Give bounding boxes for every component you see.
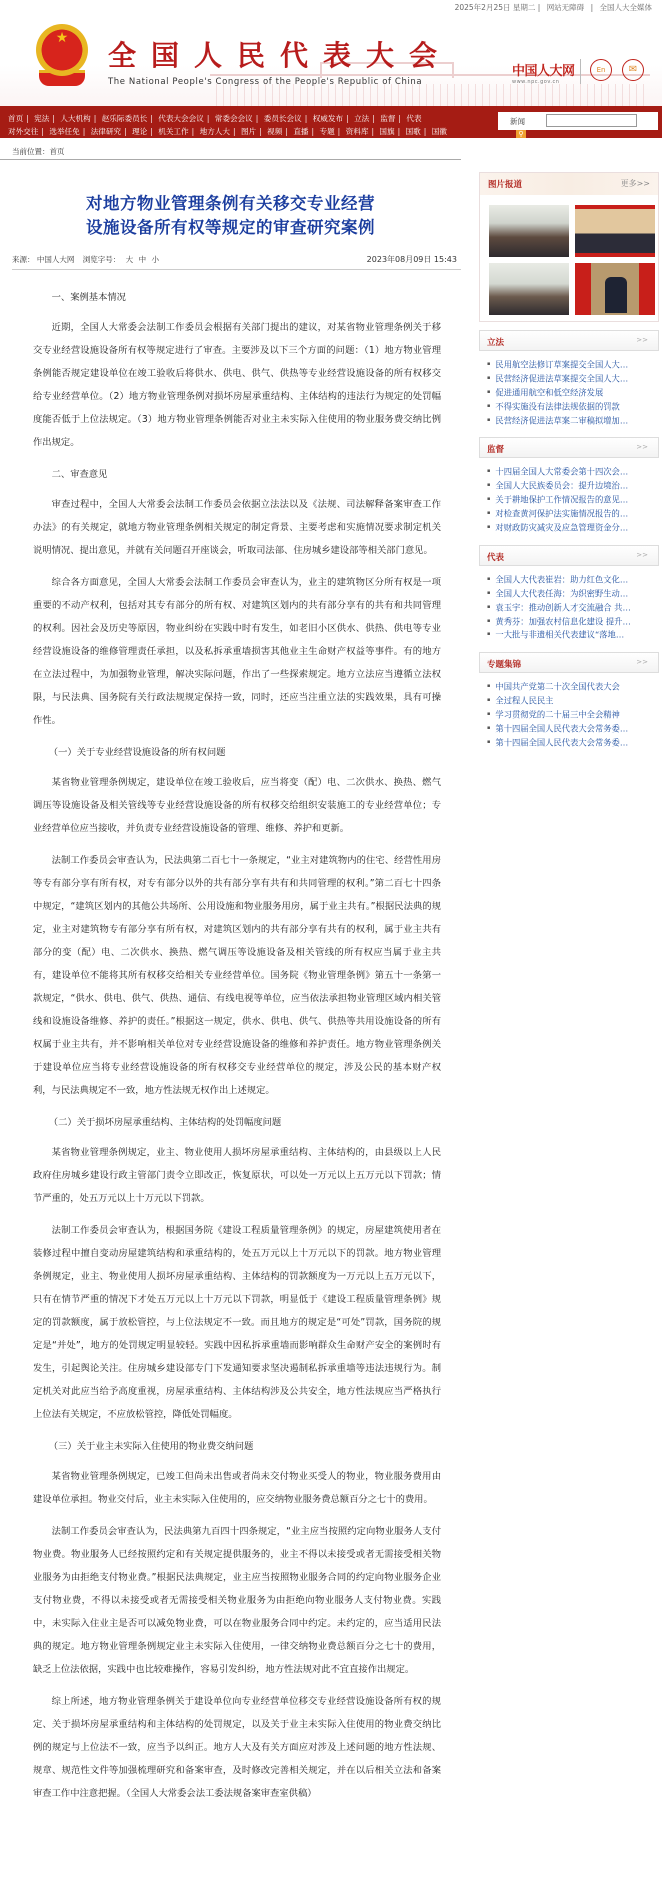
list-item[interactable]: 民营经济促进法草案提交全国人大… bbox=[487, 372, 659, 386]
list-item[interactable]: 全国人大代表任海：为织密野生动… bbox=[487, 587, 659, 601]
nav-item-local-congress[interactable]: 地方人大 bbox=[200, 127, 230, 136]
paragraph: 某省物业管理条例规定，业主、物业使用人损坏房屋承重结构、主体结构的，由县级以上人… bbox=[33, 1141, 441, 1210]
photo-thumbnail[interactable] bbox=[575, 263, 655, 315]
mail-icon[interactable]: ✉ bbox=[622, 59, 644, 81]
more-chevron-icon[interactable]: >> bbox=[636, 551, 648, 559]
nav-item-live[interactable]: 直播 bbox=[293, 127, 308, 136]
paragraph: 综上所述，地方物业管理条例关于建设单位向专业经营单位移交专业经营设施设备所有权的… bbox=[33, 1690, 441, 1805]
list-item[interactable]: 第十四届全国人民代表大会常务委… bbox=[487, 722, 659, 736]
paragraph: 某省物业管理条例规定，建设单位在竣工验收后，应当将变（配）电、二次供水、换热、燃… bbox=[33, 771, 441, 840]
section-header: 专题集锦 >> bbox=[479, 652, 659, 673]
separator: | bbox=[591, 3, 594, 12]
source-label: 来源： bbox=[12, 255, 35, 264]
divider bbox=[580, 59, 581, 84]
section-heading: 二、审查意见 bbox=[33, 463, 441, 486]
nav-item-database[interactable]: 资料库 bbox=[346, 127, 369, 136]
nav-item-video[interactable]: 视频 bbox=[267, 127, 282, 136]
nav-item-anthem[interactable]: 国歌 bbox=[406, 127, 421, 136]
accessibility-link[interactable]: 网站无障碍 bbox=[547, 3, 585, 12]
nav-item-flag[interactable]: 国旗 bbox=[379, 127, 394, 136]
section-title[interactable]: 专题集锦 bbox=[487, 658, 521, 670]
article-title-line-1: 对地方物业管理条例有关移交专业经营 bbox=[0, 192, 461, 216]
paragraph: 法制工作委员会审查认为，民法典第二百七十一条规定，“业主对建筑物内的住宅、经营性… bbox=[33, 849, 441, 1102]
nav-item-chairman[interactable]: 赵乐际委员长 bbox=[102, 114, 148, 123]
top-utility-bar: 2025年2月25日 星期二 | 网站无障碍 | 全国人大全媒体 bbox=[0, 0, 662, 16]
nav-item-institutions[interactable]: 人大机构 bbox=[60, 114, 90, 123]
section-header: 监督 >> bbox=[479, 437, 659, 458]
list-item[interactable]: 第十四届全国人民代表大会常务委… bbox=[487, 736, 659, 750]
subsection-heading: （一）关于专业经营设施设备的所有权问题 bbox=[33, 741, 441, 764]
font-size-label: 浏览字号： bbox=[83, 255, 121, 264]
search-input[interactable] bbox=[546, 114, 637, 127]
font-small-button[interactable]: 小 bbox=[151, 255, 159, 264]
paragraph: 综合各方面意见，全国人大常委会法制工作委员会审查认为，业主的建筑物区分所有权是一… bbox=[33, 571, 441, 732]
list-item[interactable]: 学习贯彻党的二十届三中全会精神 bbox=[487, 708, 659, 722]
article-title: 对地方物业管理条例有关移交专业经营 设施设备所有权等规定的审查研究案例 bbox=[0, 192, 461, 240]
nav-item-standing-committee[interactable]: 常委会会议 bbox=[215, 114, 253, 123]
sidebar-section-deputies: 代表 >> 全国人大代表崔岩：助力红色文化… 全国人大代表任海：为织密野生动… … bbox=[479, 545, 659, 644]
section-title[interactable]: 监督 bbox=[487, 443, 504, 455]
national-emblem-icon bbox=[34, 24, 90, 94]
nav-item-legislation[interactable]: 立法 bbox=[354, 114, 369, 123]
nav-item-constitution[interactable]: 宪法 bbox=[34, 114, 49, 123]
npc-logo[interactable]: 中国人大网 www.npc.gov.cn bbox=[512, 60, 575, 85]
article-meta: 来源： 中国人大网 浏览字号： 大 中 小 2023年08月09日 15:43 bbox=[12, 254, 461, 270]
list-item[interactable]: 一大批与非遗相关代表建议“落地… bbox=[487, 628, 659, 642]
font-medium-button[interactable]: 中 bbox=[139, 255, 147, 264]
current-date: 2025年2月25日 星期二 | bbox=[455, 3, 541, 12]
nav-item-deputies[interactable]: 代表 bbox=[406, 114, 421, 123]
main-nav: 首页| 宪法| 人大机构| 赵乐际委员长| 代表大会会议| 常委会会议| 委员长… bbox=[0, 106, 662, 138]
list-item[interactable]: 不得实施没有法律法规依据的罚款 bbox=[487, 400, 659, 414]
breadcrumb-label: 当前位置： bbox=[12, 147, 50, 156]
site-subtitle: The National People's Congress of the Pe… bbox=[108, 77, 422, 87]
article-main: 对地方物业管理条例有关移交专业经营 设施设备所有权等规定的审查研究案例 来源： … bbox=[0, 170, 461, 1814]
subsection-heading: （三）关于业主未实际入住使用的物业费交纳问题 bbox=[33, 1435, 441, 1458]
section-title[interactable]: 立法 bbox=[487, 336, 504, 348]
list-item[interactable]: 全过程人民民主 bbox=[487, 694, 659, 708]
nav-item-foreign-affairs[interactable]: 对外交往 bbox=[8, 127, 38, 136]
sidebar-section-supervision: 监督 >> 十四届全国人大常委会第十四次会… 全国人大民族委员会：提升边境治… … bbox=[479, 437, 659, 536]
list-item[interactable]: 袁玉宇：推动创新人才交流融合 共… bbox=[487, 601, 659, 615]
nav-item-theory[interactable]: 理论 bbox=[132, 127, 147, 136]
photo-grid bbox=[480, 195, 658, 315]
article-body: 一、案例基本情况 近期，全国人大常委会法制工作委员会根据有关部门提出的建议，对某… bbox=[0, 270, 461, 1805]
photo-thumbnail[interactable] bbox=[575, 205, 655, 257]
search-box: 新闻 bbox=[498, 112, 658, 130]
section-header: 代表 >> bbox=[479, 545, 659, 566]
nav-item-agency-work[interactable]: 机关工作 bbox=[158, 127, 188, 136]
photo-report-box: 图片报道 更多>> bbox=[479, 172, 659, 322]
nav-item-home[interactable]: 首页 bbox=[8, 114, 23, 123]
paragraph: 近期，全国人大常委会法制工作委员会根据有关部门提出的建议，对某省物业管理条例关于… bbox=[33, 316, 441, 454]
list-item[interactable]: 促进通用航空和低空经济发展 bbox=[487, 386, 659, 400]
subsection-heading: （二）关于损坏房屋承重结构、主体结构的处罚幅度问题 bbox=[33, 1111, 441, 1134]
site-header: 全国人民代表大会 The National People's Congress … bbox=[0, 16, 662, 106]
list-item[interactable]: 民营经济促进法草案二审稿拟增加… bbox=[487, 414, 659, 428]
list-item[interactable]: 全国人大代表崔岩：助力红色文化… bbox=[487, 573, 659, 587]
publish-datetime: 2023年08月09日 15:43 bbox=[367, 254, 457, 265]
nav-item-congress-sessions[interactable]: 代表大会会议 bbox=[158, 114, 204, 123]
sidebar-section-topics: 专题集锦 >> 中国共产党第二十次全国代表大会 全过程人民民主 学习贯彻党的二十… bbox=[479, 652, 659, 751]
paragraph: 某省物业管理条例规定，已竣工但尚未出售或者尚未交付物业买受人的物业，物业服务费用… bbox=[33, 1465, 441, 1511]
all-media-link[interactable]: 全国人大全媒体 bbox=[600, 3, 653, 12]
photo-thumbnail[interactable] bbox=[489, 263, 569, 315]
search-category[interactable]: 新闻 bbox=[510, 116, 525, 127]
npc-logo-url: www.npc.gov.cn bbox=[512, 79, 575, 85]
more-chevron-icon[interactable]: >> bbox=[636, 658, 648, 666]
list-item[interactable]: 全国人大民族委员会：提升边境治… bbox=[487, 479, 659, 493]
nav-item-emblem[interactable]: 国徽 bbox=[432, 127, 447, 136]
sidebar-section-legislation: 立法 >> 民用航空法修订草案提交全国人大… 民营经济促进法草案提交全国人大… … bbox=[479, 330, 659, 429]
nav-item-pictures[interactable]: 图片 bbox=[241, 127, 256, 136]
section-header: 立法 >> bbox=[479, 330, 659, 351]
list-item[interactable]: 黄秀芬：加强农村信息化建设 提升… bbox=[487, 615, 659, 629]
breadcrumb-home[interactable]: 首页 bbox=[50, 147, 65, 156]
list-item[interactable]: 十四届全国人大常委会第十四次会… bbox=[487, 465, 659, 479]
font-large-button[interactable]: 大 bbox=[126, 255, 134, 264]
photo-report-more-link[interactable]: 更多>> bbox=[621, 178, 650, 189]
photo-report-header: 图片报道 更多>> bbox=[480, 173, 658, 195]
list-item[interactable]: 民用航空法修订草案提交全国人大… bbox=[487, 358, 659, 372]
section-heading: 一、案例基本情况 bbox=[33, 286, 441, 309]
list-item[interactable]: 中国共产党第二十次全国代表大会 bbox=[487, 680, 659, 694]
photo-report-title[interactable]: 图片报道 bbox=[488, 178, 522, 190]
photo-thumbnail[interactable] bbox=[489, 205, 569, 257]
site-title[interactable]: 全国人民代表大会 bbox=[108, 34, 452, 74]
more-chevron-icon[interactable]: >> bbox=[636, 336, 648, 344]
list-item[interactable]: 对检查黄河保护法实施情况报告的… bbox=[487, 507, 659, 521]
nav-item-legal-research[interactable]: 法律研究 bbox=[91, 127, 121, 136]
npc-logo-text: 中国人大网 bbox=[512, 60, 575, 79]
paragraph: 审查过程中，全国人大常委会法制工作委员会依据立法法以及《法规、司法解释备案审查工… bbox=[33, 493, 441, 562]
nav-item-chairmen-council[interactable]: 委员长会议 bbox=[264, 114, 302, 123]
source-value: 中国人大网 bbox=[37, 255, 75, 264]
paragraph: 法制工作委员会审查认为，民法典第九百四十四条规定，“业主应当按照约定向物业服务人… bbox=[33, 1520, 441, 1681]
list-item[interactable]: 对财政防灾减灾及应急管理资金分… bbox=[487, 521, 659, 535]
breadcrumb: 当前位置：首页 bbox=[0, 138, 461, 160]
nav-item-topics[interactable]: 专题 bbox=[319, 127, 334, 136]
list-item[interactable]: 关于耕地保护工作情况报告的意见… bbox=[487, 493, 659, 507]
english-button[interactable]: En bbox=[590, 59, 612, 81]
nav-item-supervision[interactable]: 监督 bbox=[380, 114, 395, 123]
paragraph: 法制工作委员会审查认为，根据国务院《建设工程质量管理条例》的规定，房屋建筑使用者… bbox=[33, 1219, 441, 1426]
nav-item-releases[interactable]: 权威发布 bbox=[313, 114, 343, 123]
search-icon[interactable]: ⚲ bbox=[516, 130, 526, 138]
more-chevron-icon[interactable]: >> bbox=[636, 443, 648, 451]
nav-item-elections[interactable]: 选举任免 bbox=[49, 127, 79, 136]
sidebar: 图片报道 更多>> 立法 >> 民用航空法修订草案提交全国人大… 民营经济促进法… bbox=[479, 172, 659, 752]
article-title-line-2: 设施设备所有权等规定的审查研究案例 bbox=[0, 216, 461, 240]
section-title[interactable]: 代表 bbox=[487, 551, 504, 563]
